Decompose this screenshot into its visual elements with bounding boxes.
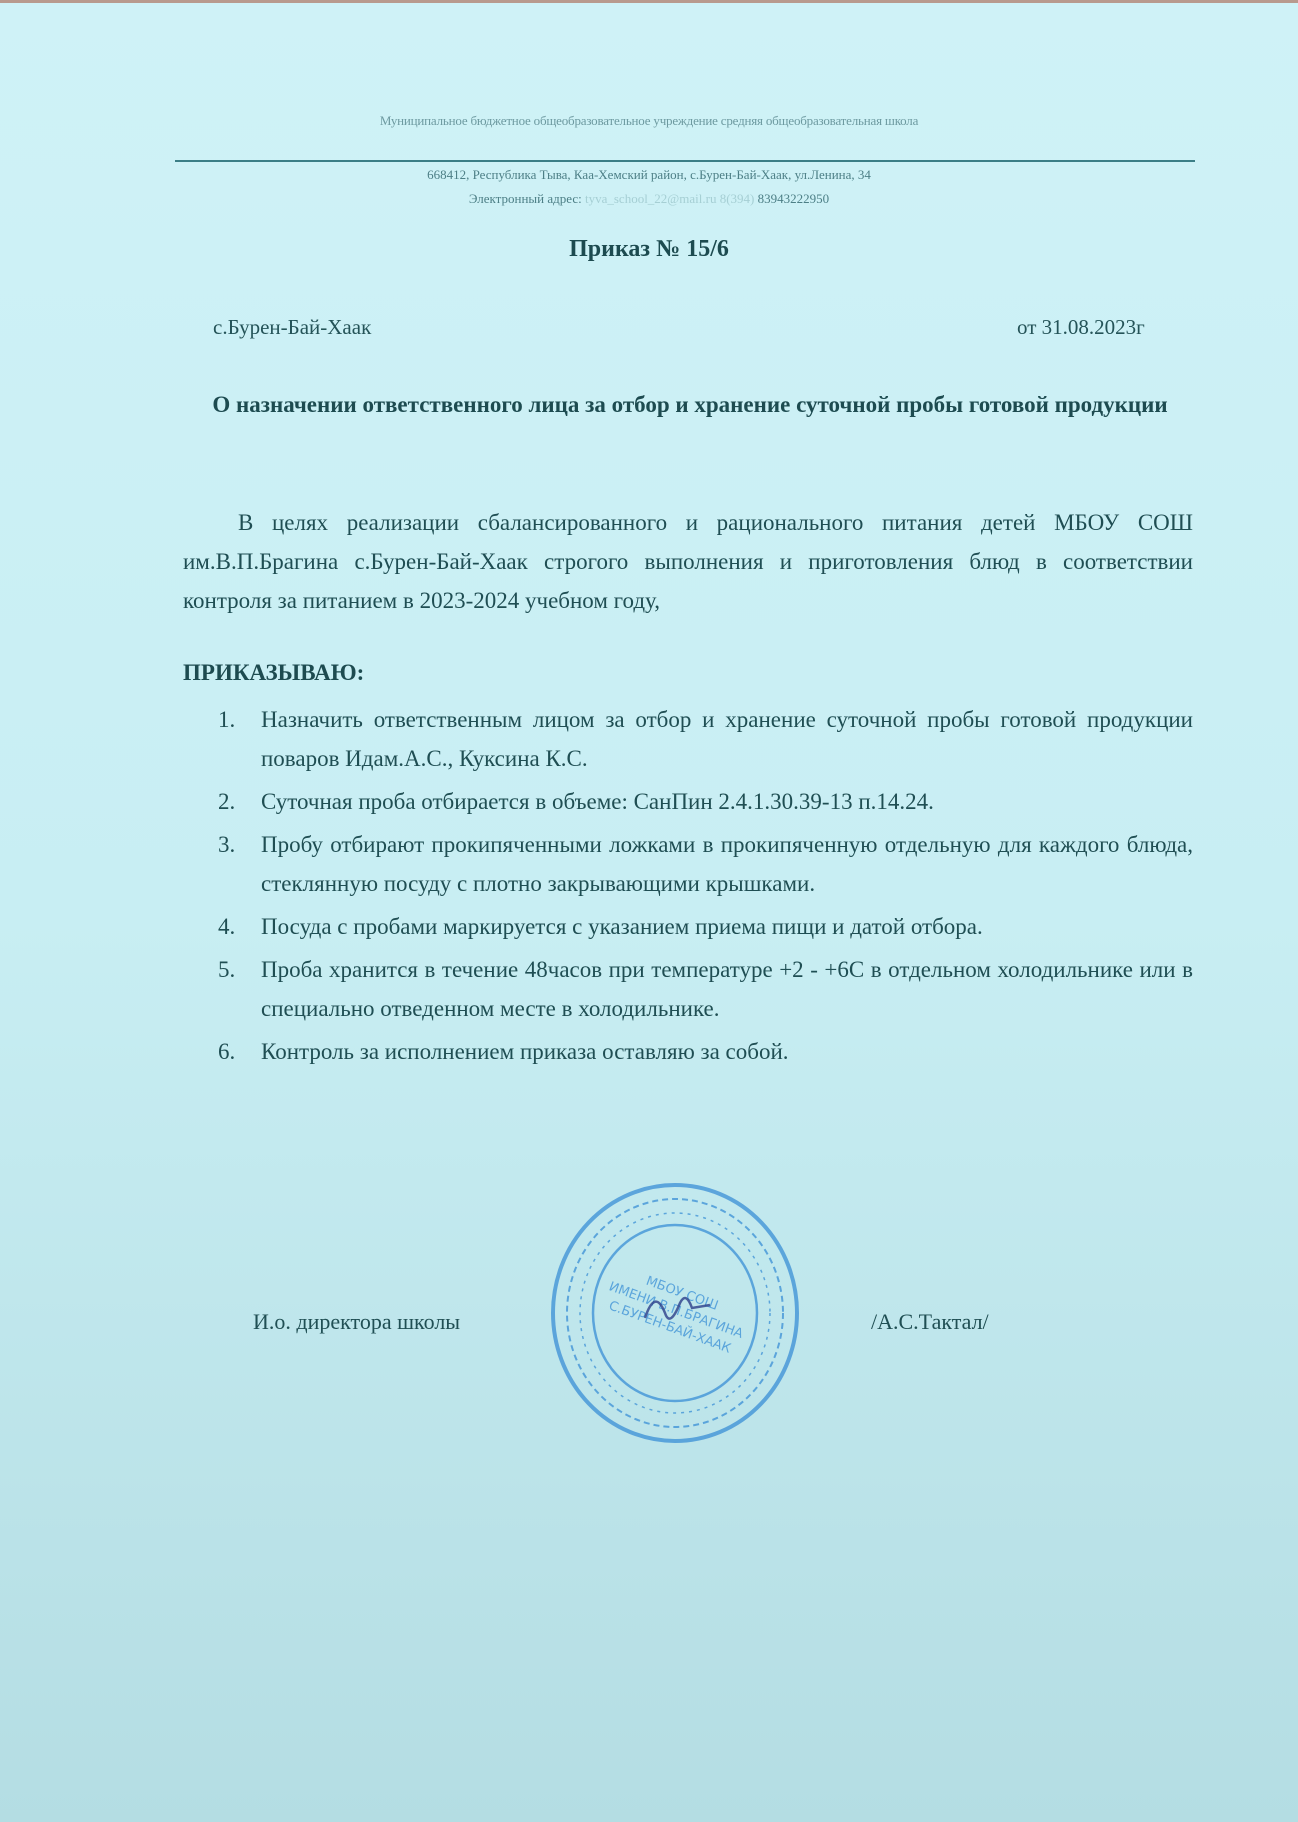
order-item-text: Суточная проба отбирается в объеме: СанП… [261,789,934,814]
order-item: 3. Пробу отбирают прокипяченными ложками… [183,825,1193,903]
organization-contacts: Электронный адрес: tyva_school_22@mail.r… [0,191,1298,207]
order-item-text: Проба хранится в течение 48часов при тем… [261,957,1193,1021]
order-item: 1. Назначить ответственным лицом за отбо… [183,700,1193,778]
order-title: Приказ № 15/6 [0,236,1298,263]
order-item: 2. Суточная проба отбирается в объеме: С… [183,782,1193,821]
order-place: с.Бурен-Бай-Хаак [213,315,371,340]
order-item: 4. Посуда с пробами маркируется с указан… [183,907,1193,946]
contacts-phone: 83943222950 [758,191,830,206]
order-subject: О назначении ответственного лица за отбо… [180,386,1200,424]
order-item-number: 4. [218,907,235,946]
order-item-number: 5. [218,950,235,989]
signatory-name: /А.С.Тактал/ [871,1309,989,1335]
signatory-role: И.о. директора школы [253,1309,460,1335]
order-item-text: Посуда с пробами маркируется с указанием… [261,914,983,939]
document-page: Муниципальное бюджетное общеобразователь… [0,0,1298,1822]
order-item-text: Назначить ответственным лицом за отбор и… [261,707,1193,771]
order-item-number: 2. [218,782,235,821]
header-divider [175,160,1195,162]
order-item-text: Пробу отбирают прокипяченными ложками в … [261,832,1193,896]
order-directive-word: ПРИКАЗЫВАЮ: [183,660,364,686]
order-item-number: 3. [218,825,235,864]
order-item-number: 1. [218,700,235,739]
order-item: 6. Контроль за исполнением приказа остав… [183,1032,1193,1071]
order-date: от 31.08.2023г [1017,315,1145,340]
order-item-number: 6. [218,1032,235,1071]
order-item: 5. Проба хранится в течение 48часов при … [183,950,1193,1028]
contacts-email: tyva_school_22@mail.ru 8(394) [585,191,754,206]
order-items-list: 1. Назначить ответственным лицом за отбо… [183,700,1193,1075]
organization-address: 668412, Республика Тыва, Каа-Хемский рай… [0,167,1298,183]
order-preamble: В целях реализации сбалансированного и р… [183,503,1193,620]
contacts-label: Электронный адрес: [469,191,582,206]
organization-name: Муниципальное бюджетное общеобразователь… [0,113,1298,129]
round-seal-stamp-icon: МБОУ СОШ ИМЕНИ В.П.БРАГИНА С.БУРЕН-БАЙ-Х… [540,1178,810,1448]
order-item-text: Контроль за исполнением приказа оставляю… [261,1039,789,1064]
